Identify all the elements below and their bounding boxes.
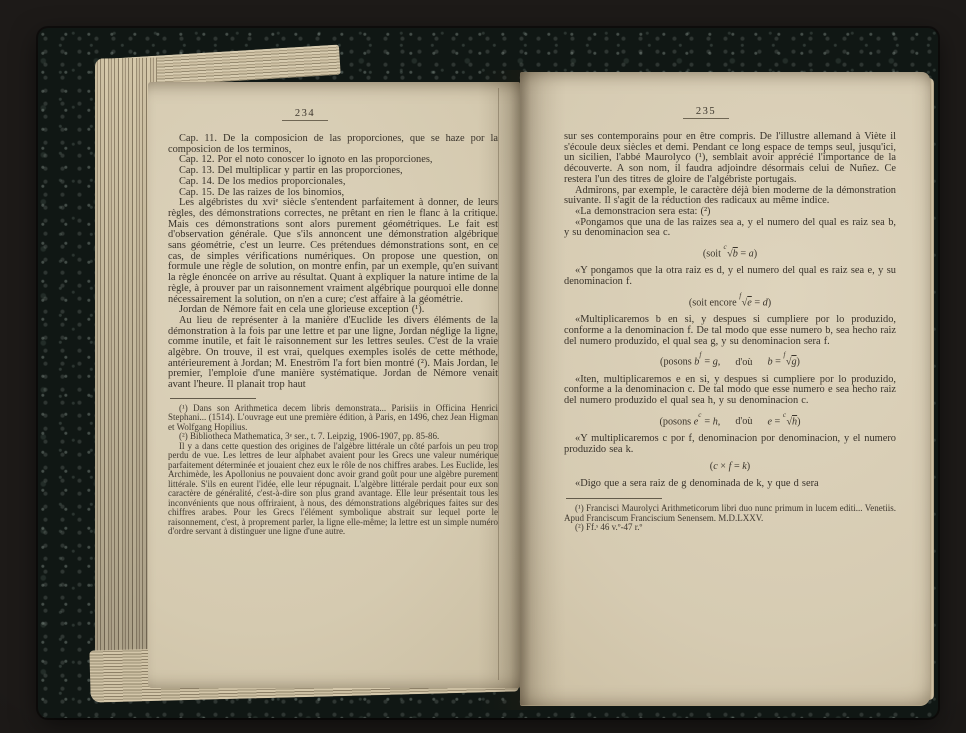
right-page: 235 sur ses contemporains pour en être c…: [520, 72, 930, 706]
formula-term: (soit encore: [689, 297, 739, 308]
paragraph: «Multiplicaremos b en si, y despues si c…: [564, 315, 896, 347]
formula-posons-bf: (posons bf = g,d'oùb = f√g): [564, 352, 896, 368]
formula-root-e: (soit encore f√e = d): [564, 293, 896, 309]
footnote: Il y a dans cette question des origines …: [168, 442, 498, 537]
formula-term: =: [752, 297, 763, 308]
formula-posons-ec: (posons ec = h,d'oùe = c√h): [564, 412, 896, 428]
paragraph: «Iten, multiplicaremos e en si, y despue…: [564, 375, 896, 407]
formula-term: ): [797, 416, 800, 427]
page-number-left: 234: [282, 108, 328, 121]
paragraph: «Pongamos que una de las raizes sea a, y…: [564, 218, 896, 239]
formula-connector: d'où: [735, 416, 752, 428]
paragraph: «Y pongamos que la otra raiz es d, y el …: [564, 266, 896, 287]
formula-term: =: [772, 416, 783, 427]
multiplication-sign: ×: [718, 461, 729, 472]
footnote: (¹) Francisci Maurolyci Arithmeticorum l…: [564, 504, 896, 523]
paragraph: Cap. 11. De la composicion de las propor…: [168, 134, 498, 155]
footnote-rule: [170, 398, 256, 399]
paragraph: Au lieu de représenter à la manière d'Eu…: [168, 316, 498, 391]
paragraph: «Digo que a sera raiz de g denominada de…: [564, 479, 896, 490]
formula-term: =: [738, 248, 749, 259]
scanned-book-photo: 234 Cap. 11. De la composicion de las pr…: [0, 0, 966, 733]
paragraph: Les algébristes du xviᵉ siècle s'entende…: [168, 198, 498, 305]
formula-root-index: c: [724, 243, 727, 251]
formula-term: =: [731, 461, 742, 472]
footnote: (¹) Dans son Arithmetica decem libris de…: [168, 404, 498, 433]
formula-term: ,: [718, 416, 721, 427]
formula-term: (posons: [660, 357, 694, 368]
formula-term: (posons: [659, 416, 693, 427]
paragraph: sur ses contemporains pour en être compr…: [564, 132, 896, 186]
formula-root-index: c: [783, 411, 786, 419]
page-number-right: 235: [683, 106, 729, 119]
formula-term: ): [797, 357, 800, 368]
formula-term: ,: [718, 357, 721, 368]
footnote-rule: [566, 498, 662, 499]
formula-term: =: [702, 357, 713, 368]
footnote: (²) Ff.ˢ 46 v.º-47 r.º: [564, 523, 896, 533]
formula-exponent: c: [698, 411, 701, 419]
formula-root-index: f: [739, 292, 741, 300]
formula-term: ): [768, 297, 771, 308]
formula-c-times-f: (c × f = k): [564, 461, 896, 473]
left-page: 234 Cap. 11. De la composicion de las pr…: [148, 82, 520, 688]
paragraph: Cap. 14. De los medios proporcionales,: [168, 177, 498, 188]
paragraph: «Y multiplicaremos c por f, denominacion…: [564, 434, 896, 455]
formula-term: (soit: [703, 248, 724, 259]
formula-term: =: [773, 357, 784, 368]
paragraph: Admirons, par exemple, le caractère déjà…: [564, 186, 896, 207]
formula-connector: d'où: [735, 357, 752, 369]
formula-root-b: (soit c√b = a): [564, 244, 896, 260]
formula-term: =: [702, 416, 713, 427]
formula-term: ): [754, 248, 757, 259]
formula-term: ): [747, 461, 750, 472]
